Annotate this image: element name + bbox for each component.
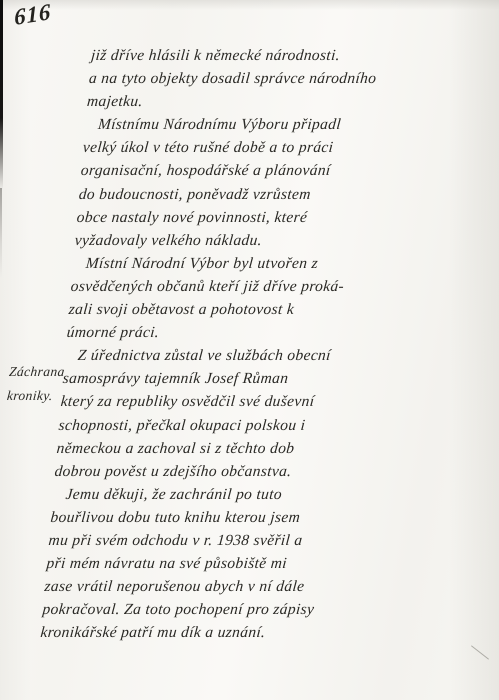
handwritten-line: který za republiky osvědčil své duševní [60, 390, 444, 413]
scan-edge-artifact [0, 0, 3, 190]
handwritten-line: Z úřednictva zůstal ve službách obecní [64, 344, 448, 367]
handwritten-line: úmorné práci. [66, 321, 450, 344]
scan-edge-artifact-fade [0, 188, 2, 278]
handwritten-line: při mém návratu na své působiště mi [46, 552, 430, 575]
handwritten-line: zase vrátil neporušenou abych v ní dále [44, 575, 428, 598]
page-number: 616 [14, 0, 52, 31]
handwritten-line: velký úkol v této rušné době a to práci [82, 136, 466, 159]
handwritten-line: bouřlivou dobu tuto knihu kterou jsem [50, 506, 434, 529]
handwritten-line: majetku. [86, 90, 470, 113]
handwritten-line: vyžadovaly velkého nákladu. [74, 229, 458, 252]
handwritten-line: zali svoji obětavost a pohotovost k [68, 298, 452, 321]
handwritten-line: a na tyto objekty dosadil správce národn… [88, 67, 472, 90]
handwritten-line: Místní Národní Výbor byl utvořen z [72, 252, 456, 275]
paper-crease-mark [471, 645, 489, 659]
handwritten-text-block: již dříve hlásili k německé národnosti. … [39, 44, 474, 644]
handwritten-line: dobrou pověst u zdejšího občanstva. [54, 460, 438, 483]
handwritten-line: Jemu děkuji, že zachránil po tuto [52, 483, 436, 506]
handwritten-line: kronikářské patří mu dík a uznání. [39, 621, 423, 644]
handwritten-line: osvědčených občanů kteří již dříve proká… [70, 275, 454, 298]
handwritten-line: do budoucnosti, poněvadž vzrůstem [78, 183, 462, 206]
handwritten-line: obce nastaly nové povinnosti, které [76, 206, 460, 229]
handwritten-line: již dříve hlásili k německé národnosti. [90, 44, 474, 67]
handwritten-line: německou a zachoval si z těchto dob [56, 437, 440, 460]
handwritten-line: organisační, hospodářské a plánování [80, 159, 464, 182]
handwritten-line: schopnosti, přečkal okupaci polskou i [58, 414, 442, 437]
scanned-chronicle-page: 616 Záchrana kroniky. již dříve hlásili … [0, 0, 499, 700]
handwritten-line: mu při svém odchodu v r. 1938 svěřil a [48, 529, 432, 552]
handwritten-line: pokračoval. Za toto pochopení pro zápisy [41, 598, 425, 621]
handwritten-line: Místnímu Národnímu Výboru připadl [84, 113, 468, 136]
handwritten-line: samosprávy tajemník Josef Růman [62, 367, 446, 390]
